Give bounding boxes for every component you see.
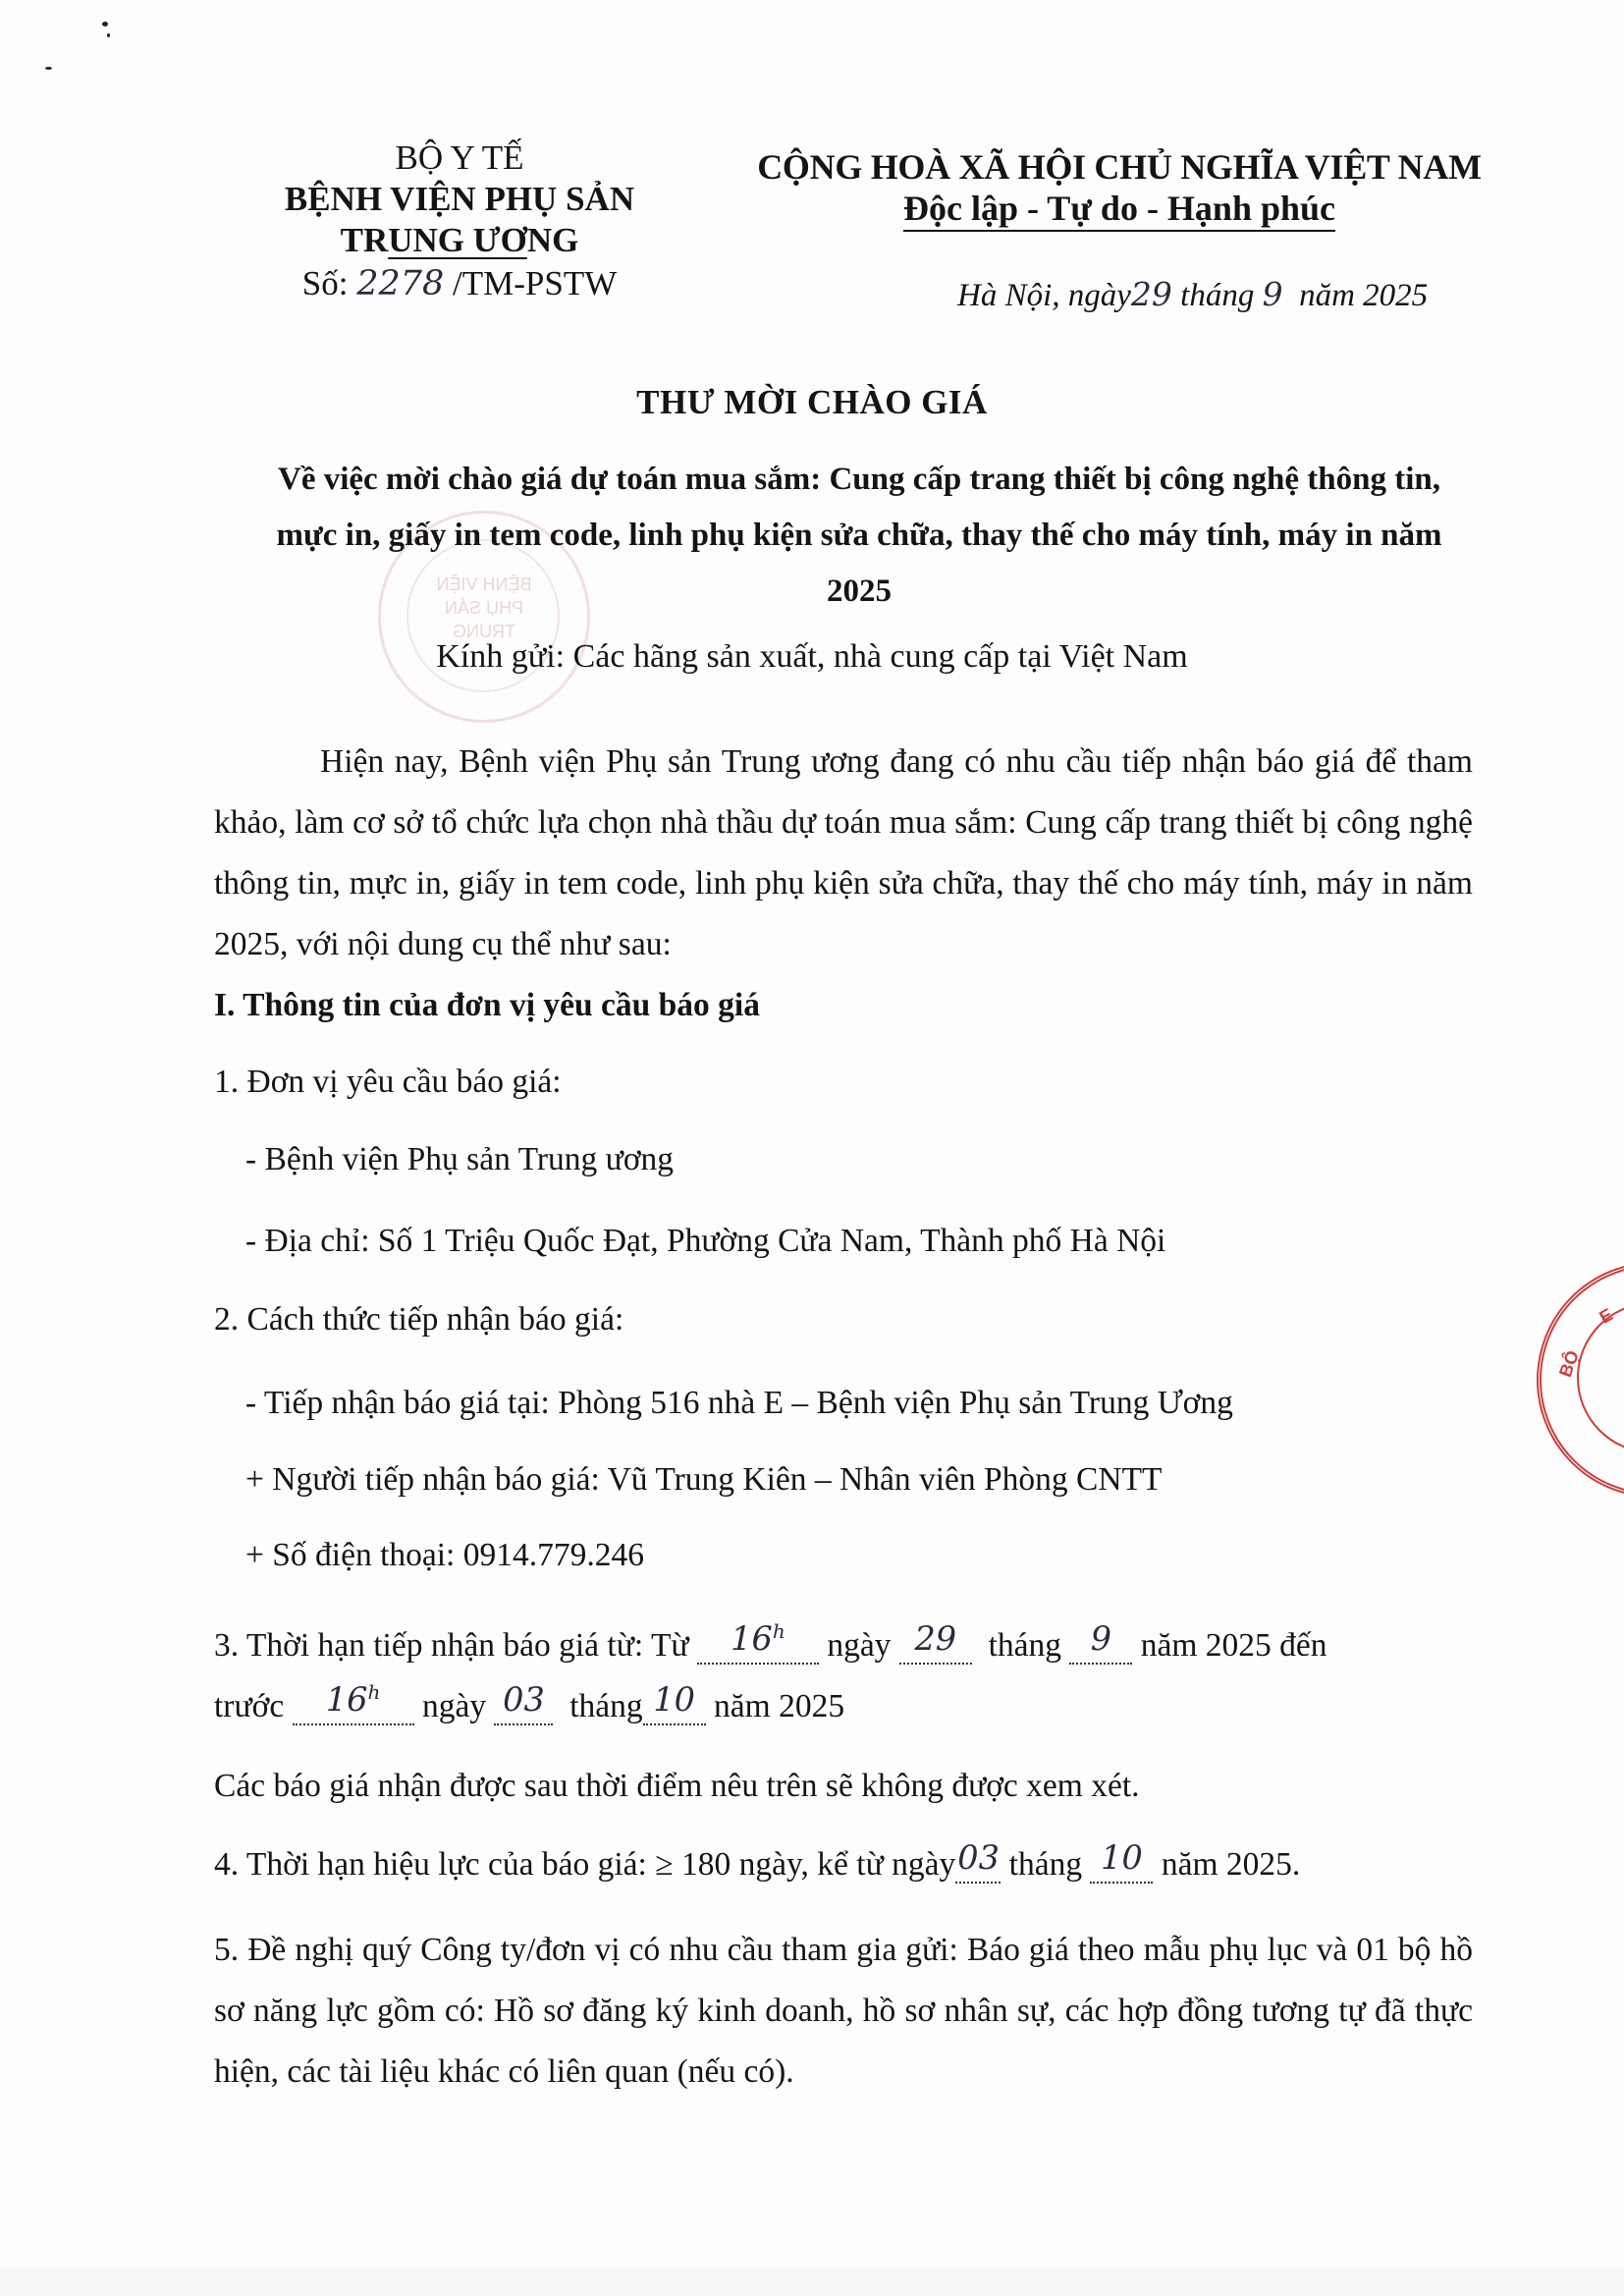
from-day-value: 29 xyxy=(914,1619,956,1658)
item-4-validity: 4. Thời hạn hiệu lực của báo giá: ≥ 180 … xyxy=(214,1846,1300,1884)
late-submission-note: Các báo giá nhận được sau thời điểm nêu … xyxy=(214,1768,1140,1805)
red-seal: BỘ E xyxy=(1537,1262,1624,1498)
section-heading: I. Thông tin của đơn vị yêu cầu báo giá xyxy=(214,987,760,1024)
to-year-text: năm 2025 xyxy=(714,1688,844,1724)
issuer-block: BỘ Y TẾ BỆNH VIỆN PHỤ SẢN TRUNG ƯƠNG Số:… xyxy=(263,137,656,304)
hospital-name-line1: BỆNH VIỆN PHỤ SẢN xyxy=(263,179,656,220)
hospital-name-part: TR xyxy=(341,221,389,259)
from-month-field: 9 xyxy=(1069,1628,1132,1665)
from-month-value: 9 xyxy=(1091,1619,1111,1658)
issue-date: Hà Nội, ngày29 tháng 9 năm 2025 xyxy=(957,275,1428,314)
month-label: tháng xyxy=(1009,1846,1082,1883)
from-hour-value: 16 xyxy=(731,1619,773,1658)
date-month-label: tháng xyxy=(1180,278,1254,313)
receiving-location: - Tiếp nhận báo giá tại: Phòng 516 nhà E… xyxy=(245,1385,1233,1422)
document-page: BỆNH VIỆN PHỤ SẢN TRUNG BỘ Y TẾ BỆNH VIỆ… xyxy=(0,0,1624,2296)
month-label: tháng xyxy=(569,1688,642,1724)
item-2-label: 2. Cách thức tiếp nhận báo giá: xyxy=(214,1301,623,1339)
from-hour-field: 16h xyxy=(697,1627,819,1665)
requesting-unit: - Bệnh viện Phụ sản Trung ương xyxy=(245,1141,674,1178)
contact-phone: + Số điện thoại: 0914.779.246 xyxy=(245,1537,644,1574)
document-number: Số: 2278 /TM-PSTW xyxy=(263,263,656,304)
red-seal-inner-ring xyxy=(1577,1302,1624,1453)
from-day-field: 29 xyxy=(899,1628,972,1665)
recipient-line: Kính gửi: Các hãng sản xuất, nhà cung cấ… xyxy=(0,638,1624,676)
to-day-value: 03 xyxy=(503,1680,545,1719)
intro-paragraph: Hiện nay, Bệnh viện Phụ sản Trung ương đ… xyxy=(214,732,1473,975)
scan-speck xyxy=(45,67,52,70)
hospital-name-underlined: UNG ƯƠ xyxy=(388,221,527,259)
date-place: Hà Nội, ngày xyxy=(957,278,1131,313)
to-month-value: 10 xyxy=(653,1680,695,1719)
item-3-deadline: 3. Thời hạn tiếp nhận báo giá từ: Từ 16h… xyxy=(214,1615,1473,1737)
item-3-label: 3. Thời hạn tiếp nhận báo giá từ: Từ xyxy=(214,1627,689,1664)
item-5-submission-request: 5. Đề nghị quý Công ty/đơn vị có nhu cầu… xyxy=(214,1920,1473,2103)
month-label: tháng xyxy=(989,1627,1061,1664)
doc-no-suffix: /TM-PSTW xyxy=(453,264,617,302)
hospital-name-line2: TRUNG ƯƠNG xyxy=(263,220,656,261)
national-motto: Độc lập - Tự do - Hạnh phúc xyxy=(903,189,1335,232)
national-header: CỘNG HOÀ XÃ HỘI CHỦ NGHĨA VIỆT NAM Độc l… xyxy=(731,145,1507,232)
hospital-name-part: NG xyxy=(527,221,579,259)
date-year: năm 2025 xyxy=(1299,278,1428,313)
requesting-unit-address: - Địa chỉ: Số 1 Triệu Quốc Đạt, Phường C… xyxy=(245,1223,1165,1260)
validity-month-value: 10 xyxy=(1101,1838,1143,1877)
republic-title: CỘNG HOÀ XÃ HỘI CHỦ NGHĨA VIỆT NAM xyxy=(731,145,1507,189)
contact-person: + Người tiếp nhận báo giá: Vũ Trung Kiên… xyxy=(245,1461,1162,1499)
day-label: ngày xyxy=(827,1627,891,1664)
item-4-label: 4. Thời hạn hiệu lực của báo giá: ≥ 180 … xyxy=(214,1846,955,1883)
hour-suffix: h xyxy=(773,1619,785,1643)
scan-edge xyxy=(0,2269,1624,2296)
scan-speck xyxy=(107,33,110,37)
item-1-label: 1. Đơn vị yêu cầu báo giá: xyxy=(214,1064,562,1101)
to-month-field: 10 xyxy=(643,1689,706,1725)
date-month-handwritten: 9 xyxy=(1263,275,1283,313)
date-day-handwritten: 29 xyxy=(1131,275,1172,313)
doc-no-label: Số: xyxy=(302,264,349,302)
to-day-field: 03 xyxy=(494,1689,553,1725)
hour-suffix: h xyxy=(367,1680,380,1704)
document-title: THƯ MỜI CHÀO GIÁ xyxy=(0,383,1624,422)
document-subject: Về việc mời chào giá dự toán mua sắm: Cu… xyxy=(255,452,1463,620)
ministry-name: BỘ Y TẾ xyxy=(263,137,656,179)
before-label: trước xyxy=(214,1688,284,1724)
validity-month-field: 10 xyxy=(1090,1847,1153,1884)
validity-day-field: 03 xyxy=(955,1847,1001,1884)
to-hour-value: 16 xyxy=(326,1680,368,1719)
to-hour-field: 16h xyxy=(293,1688,414,1725)
validity-year-text: năm 2025. xyxy=(1162,1846,1300,1883)
day-label: ngày xyxy=(422,1688,486,1724)
doc-no-handwritten: 2278 xyxy=(356,264,444,303)
scan-speck xyxy=(102,22,108,27)
from-year-text: năm 2025 đến xyxy=(1141,1627,1327,1664)
validity-day-value: 03 xyxy=(957,1838,1000,1877)
